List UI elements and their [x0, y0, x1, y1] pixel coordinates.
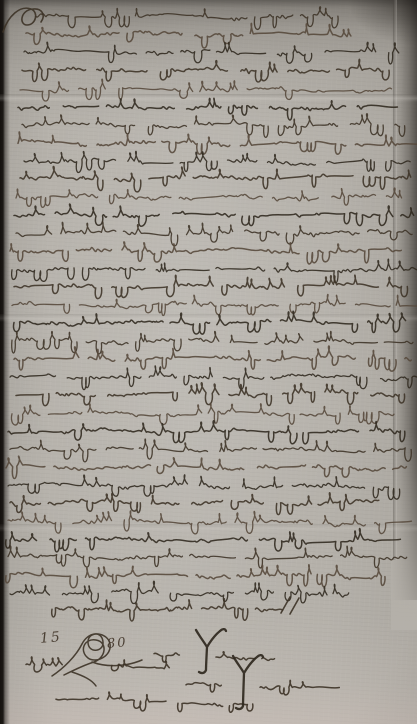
- script-line: [10, 439, 411, 462]
- script-line: [24, 42, 399, 64]
- script-line: [52, 599, 283, 621]
- signature-word-baggert: [216, 652, 275, 661]
- script-line: [20, 79, 392, 101]
- signature-word-jan: [154, 653, 179, 662]
- script-line: [6, 529, 401, 552]
- script-line: [8, 511, 412, 534]
- script-line: [6, 565, 396, 588]
- script-line: [18, 132, 417, 154]
- script-line: [14, 204, 414, 226]
- script-line: [11, 403, 401, 425]
- script-line: [36, 7, 338, 30]
- script-line: [22, 59, 399, 82]
- script-line: [8, 546, 407, 568]
- script-line: [10, 242, 401, 264]
- script-line: [26, 23, 357, 48]
- script-line: [10, 366, 417, 390]
- manuscript-photo: 15 80: [0, 0, 417, 724]
- script-line: [24, 151, 410, 172]
- signature-word-j--willem: [56, 692, 166, 711]
- script-line: [22, 114, 405, 138]
- script-line: [14, 346, 411, 371]
- signature-word-baggaert: [260, 680, 339, 695]
- script-line: [12, 294, 417, 315]
- script-line: [16, 222, 412, 246]
- merk-Y-baggaert: [233, 655, 263, 709]
- script-line: [18, 98, 397, 120]
- script-line: [10, 493, 386, 515]
- date-digits-15: 15: [39, 629, 62, 647]
- script-line: [14, 311, 406, 334]
- script-line: [20, 166, 411, 191]
- date-digits-80: 80: [106, 635, 128, 652]
- script-line: [8, 421, 405, 444]
- handwriting-ink-layer: [0, 0, 417, 724]
- script-line: [16, 383, 405, 406]
- opening-flourish: [3, 8, 43, 32]
- merk-Y-baggert: [196, 629, 226, 673]
- signature-word-hans: [186, 683, 221, 692]
- knot-flourish: [52, 634, 142, 686]
- script-line: [8, 475, 400, 500]
- signature-word-adriaen: [26, 657, 62, 672]
- script-line: [16, 188, 402, 207]
- script-line: [12, 331, 413, 353]
